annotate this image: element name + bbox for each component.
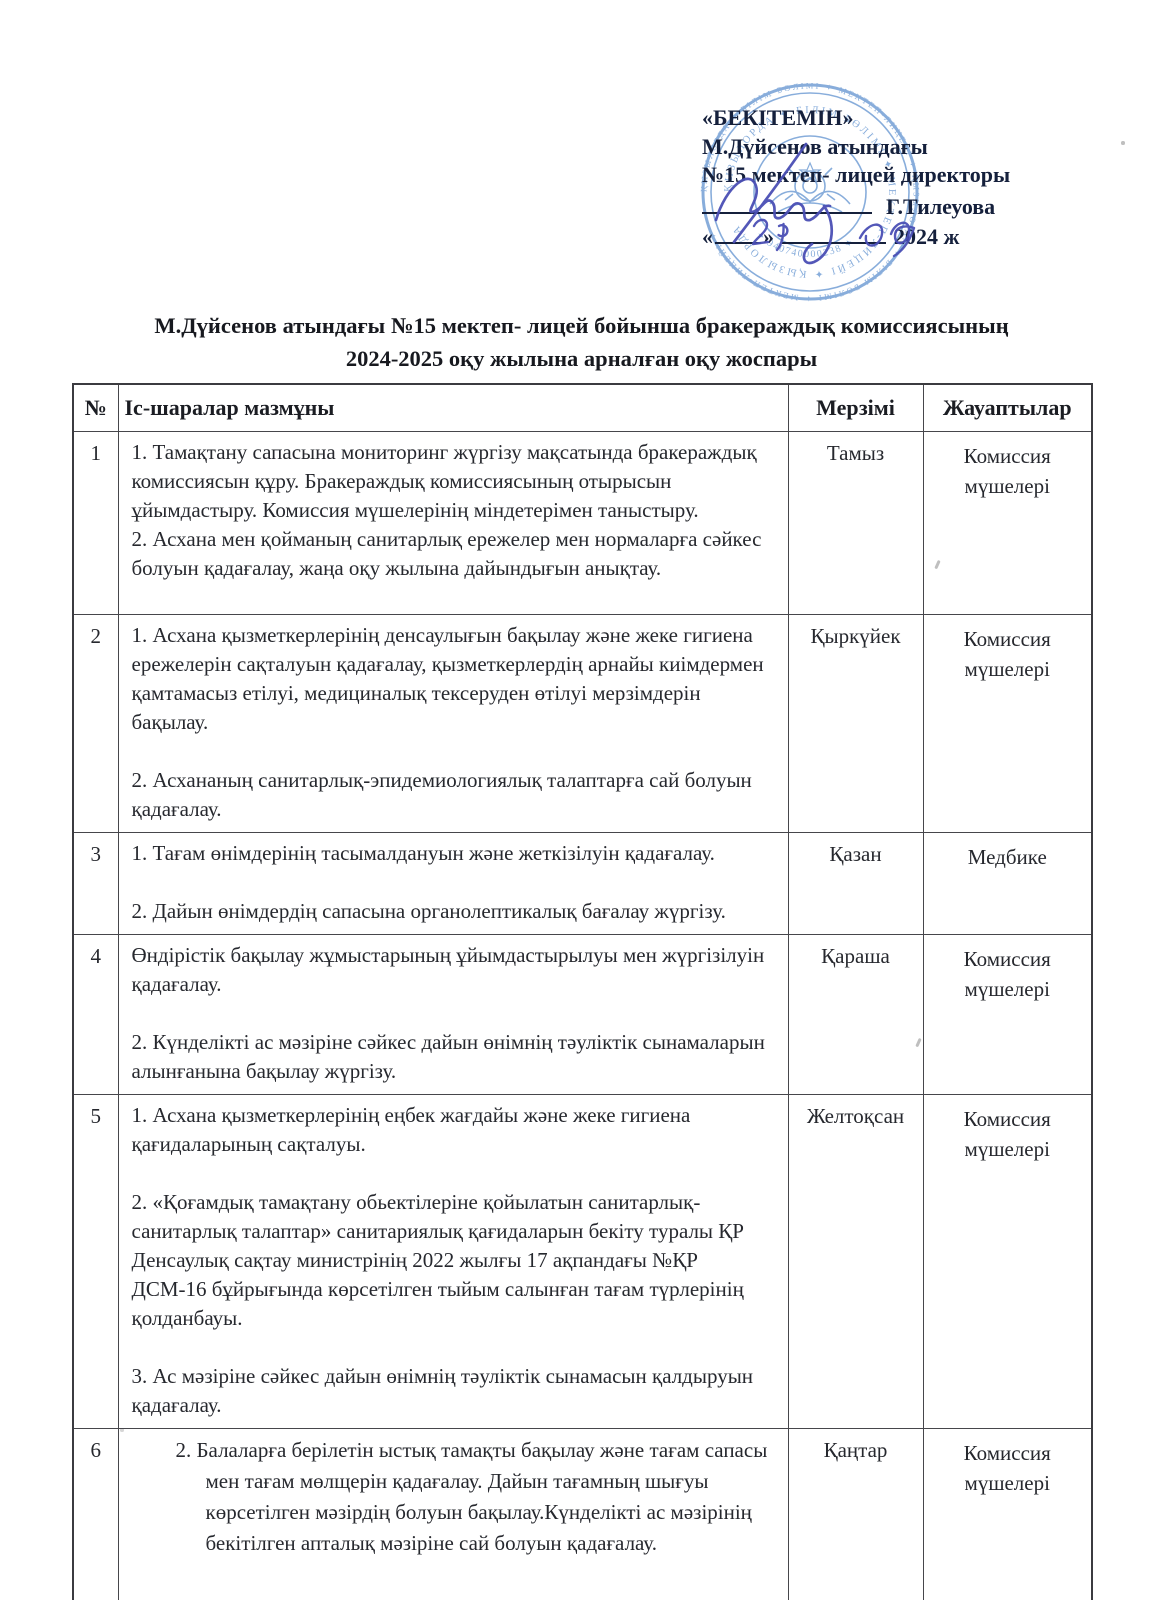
content-paragraph: 1. Асхана қызметкерлерінің еңбек жағдайы…: [132, 1101, 778, 1159]
document-title-line1: М.Дүйсенов атындағы №15 мектеп- лицей бо…: [0, 309, 1163, 342]
approval-word: «БЕКІТЕМІН»: [702, 104, 1047, 133]
table-row: 31. Тағам өнімдерінің тасымалдануын және…: [73, 833, 1092, 935]
row-term: Қараша: [788, 935, 923, 1095]
content-paragraph: 2. «Қоғамдық тамақтану обьектілеріне қой…: [132, 1188, 778, 1333]
row-responsible: Комиссия мүшелері: [923, 432, 1092, 615]
table-row: 4Өндірістік бақылау жұмыстарының ұйымдас…: [73, 935, 1092, 1095]
row-responsible: Комиссия мүшелері: [923, 1429, 1092, 1600]
row-responsible: Комиссия мүшелері: [923, 615, 1092, 833]
table-row: 11. Тамақтану сапасына мониторинг жүргіз…: [73, 432, 1092, 615]
row-number: 5: [73, 1095, 118, 1429]
row-number: 4: [73, 935, 118, 1095]
row-content: 1. Асхана қызметкерлерінің денсаулығын б…: [118, 615, 788, 833]
row-content: 1. Асхана қызметкерлерінің еңбек жағдайы…: [118, 1095, 788, 1429]
document-title: М.Дүйсенов атындағы №15 мектеп- лицей бо…: [0, 309, 1163, 375]
row-content: 1. Тағам өнімдерінің тасымалдануын және …: [118, 833, 788, 935]
table-header-row: № Іс-шаралар мазмұны Мерзімі Жауаптылар: [73, 384, 1092, 432]
content-paragraph: 1. Асхана қызметкерлерінің денсаулығын б…: [132, 621, 778, 737]
row-number: 2: [73, 615, 118, 833]
header-content: Іс-шаралар мазмұны: [118, 384, 788, 432]
document-title-line2: 2024-2025 оқу жылына арналған оқу жоспар…: [0, 342, 1163, 375]
row-number: 1: [73, 432, 118, 615]
row-term: Тамыз: [788, 432, 923, 615]
row-responsible: Медбике: [923, 833, 1092, 935]
content-paragraph: Өндірістік бақылау жұмыстарының ұйымдаст…: [132, 941, 778, 999]
header-number: №: [73, 384, 118, 432]
header-term: Мерзімі: [788, 384, 923, 432]
row-content: Өндірістік бақылау жұмыстарының ұйымдаст…: [118, 935, 788, 1095]
row-number: 3: [73, 833, 118, 935]
row-term: Қыркүйек: [788, 615, 923, 833]
table-row: 62. Балаларға берілетін ыстық тамақты ба…: [73, 1429, 1092, 1600]
row-term: Қазан: [788, 833, 923, 935]
handwritten-signature: [688, 138, 1033, 288]
content-paragraph: 2. Асхана мен қойманың санитарлық ережел…: [132, 525, 778, 583]
scan-speck: [1121, 141, 1125, 145]
scanned-document-page: ҚЫЗЫЛОРДА ✦ БІЛІМ БӨЛІМІ ✦ МЕКТЕП-ЛИЦЕЙІ…: [0, 0, 1163, 1600]
header-responsible: Жауаптылар: [923, 384, 1092, 432]
row-content: 2. Балаларға берілетін ыстық тамақты бақ…: [118, 1429, 788, 1600]
row-term: Желтоқсан: [788, 1095, 923, 1429]
plan-table: № Іс-шаралар мазмұны Мерзімі Жауаптылар …: [72, 383, 1093, 1600]
plan-table-body: 11. Тамақтану сапасына мониторинг жүргіз…: [73, 432, 1092, 1600]
content-paragraph: 2. Күнделікті ас мәзіріне сәйкес дайын ө…: [132, 1028, 778, 1086]
content-paragraph: 1. Тамақтану сапасына мониторинг жүргізу…: [132, 438, 778, 525]
row-content: 1. Тамақтану сапасына мониторинг жүргізу…: [118, 432, 788, 615]
row-responsible: Комиссия мүшелері: [923, 1095, 1092, 1429]
content-paragraph: 2. Дайын өнімдердің сапасына органолепти…: [132, 897, 778, 926]
content-paragraph: 2. Асхананың санитарлық-эпидемиологиялық…: [132, 766, 778, 824]
row-responsible: Комиссия мүшелері: [923, 935, 1092, 1095]
table-row: 51. Асхана қызметкерлерінің еңбек жағдай…: [73, 1095, 1092, 1429]
content-paragraph: 2. Балаларға берілетін ыстық тамақты бақ…: [132, 1435, 778, 1559]
row-number: 6: [73, 1429, 118, 1600]
table-row: 21. Асхана қызметкерлерінің денсаулығын …: [73, 615, 1092, 833]
content-paragraph: 1. Тағам өнімдерінің тасымалдануын және …: [132, 839, 778, 868]
plan-table-wrap: № Іс-шаралар мазмұны Мерзімі Жауаптылар …: [72, 383, 1091, 1600]
content-paragraph: 3. Ас мәзіріне сәйкес дайын өнімнің тәул…: [132, 1362, 778, 1420]
row-term: Қаңтар: [788, 1429, 923, 1600]
